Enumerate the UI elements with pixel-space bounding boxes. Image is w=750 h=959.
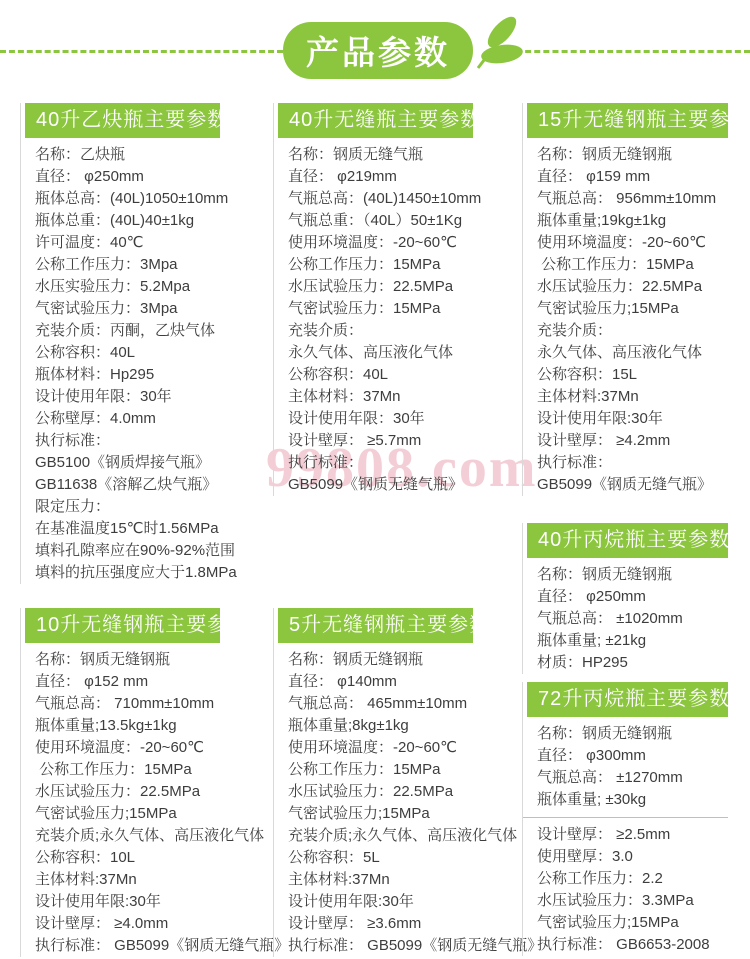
dashed-divider-left bbox=[0, 50, 283, 53]
spec-line: 执行标准： GB5099《钢质无缝气瓶》 bbox=[288, 935, 473, 957]
spec-line: 设计壁厚： ≥4.0mm bbox=[35, 913, 220, 935]
spec-line: 充装介质;永久气体、高压液化气体 bbox=[35, 825, 220, 847]
spec-line: 公称工作压力：2.2 bbox=[537, 868, 728, 890]
spec-line: 材质：HP295 bbox=[537, 652, 728, 674]
spec-line: 名称：钢质无缝钢瓶 bbox=[537, 723, 728, 745]
column-left: 40升乙炔瓶主要参数名称：乙炔瓶直径： φ250mm瓶体总高：(40L)1050… bbox=[20, 103, 220, 957]
spec-block-title: 40升无缝瓶主要参数 bbox=[278, 103, 473, 138]
page-title: 产品参数 bbox=[306, 27, 450, 74]
spec-block-title: 10升无缝钢瓶主要参数 bbox=[25, 608, 220, 643]
spec-line: 设计使用年限：30年 bbox=[288, 408, 473, 430]
spec-line: 公称工作压力：3Mpa bbox=[35, 254, 220, 276]
spec-line: 水压实验压力：5.2Mpa bbox=[35, 276, 220, 298]
spec-line: 气密试验压力;15MPa bbox=[537, 912, 728, 934]
spec-block-body: 名称：钢质无缝气瓶直径： φ219mm气瓶总高：(40L)1450±10mm气瓶… bbox=[274, 138, 473, 496]
spec-line: 公称容积：15L bbox=[537, 364, 728, 386]
spec-line: 名称：钢质无缝钢瓶 bbox=[288, 649, 473, 671]
spec-line: 气瓶总重：（40L）50±1Kg bbox=[288, 210, 473, 232]
spec-line: GB5099《钢质无缝气瓶》 bbox=[537, 474, 728, 496]
page-title-banner: 产品参数 bbox=[283, 22, 473, 79]
spec-line: 充装介质;永久气体、高压液化气体 bbox=[288, 825, 473, 847]
spec-line: 水压试验压力：22.5MPa bbox=[35, 781, 220, 803]
spec-line: 名称：钢质无缝气瓶 bbox=[288, 144, 473, 166]
spec-line: 气密试验压力：15MPa bbox=[288, 298, 473, 320]
spec-line: 直径： φ250mm bbox=[537, 586, 728, 608]
spec-line: 名称：乙炔瓶 bbox=[35, 144, 220, 166]
spec-line: 直径： φ152 mm bbox=[35, 671, 220, 693]
spec-line: 气瓶总高： 956mm±10mm bbox=[537, 188, 728, 210]
spec-line: 瓶体材料：Hp295 bbox=[35, 364, 220, 386]
spec-line: 公称容积：10L bbox=[35, 847, 220, 869]
spec-line: 气密试验压力：3Mpa bbox=[35, 298, 220, 320]
spec-line: 瓶体重量;8kg±1kg bbox=[288, 715, 473, 737]
spec-block: 10升无缝钢瓶主要参数名称：钢质无缝钢瓶直径： φ152 mm气瓶总高： 710… bbox=[20, 608, 220, 957]
spec-line: 气密试验压力;15MPa bbox=[288, 803, 473, 825]
spec-line: 执行标准： bbox=[288, 452, 473, 474]
spec-block-body: 名称：钢质无缝钢瓶直径： φ152 mm气瓶总高： 710mm±10mm瓶体重量… bbox=[21, 643, 220, 957]
spec-block-body: 名称：钢质无缝钢瓶直径： φ140mm气瓶总高： 465mm±10mm瓶体重量;… bbox=[274, 643, 473, 957]
spec-line: GB5100《钢质焊接气瓶》 bbox=[35, 452, 220, 474]
spec-line: GB11638《溶解乙炔气瓶》 bbox=[35, 474, 220, 496]
spec-line: 设计使用年限:30年 bbox=[35, 891, 220, 913]
spec-line: 瓶体总高：(40L)1050±10mm bbox=[35, 188, 220, 210]
section-divider bbox=[523, 817, 728, 818]
spec-line: 许可温度：40℃ bbox=[35, 232, 220, 254]
spec-line: 公称工作压力：15MPa bbox=[288, 759, 473, 781]
spec-line: 设计壁厚： ≥5.7mm bbox=[288, 430, 473, 452]
spec-line: 主体材料：37Mn bbox=[288, 386, 473, 408]
spec-line: 设计使用年限:30年 bbox=[288, 891, 473, 913]
spec-line: 公称容积：5L bbox=[288, 847, 473, 869]
spec-line: 名称：钢质无缝钢瓶 bbox=[537, 564, 728, 586]
spec-line: 直径： φ219mm bbox=[288, 166, 473, 188]
spec-line: 主体材料:37Mn bbox=[288, 869, 473, 891]
spec-line: 水压试验压力：22.5MPa bbox=[288, 781, 473, 803]
spec-block-title: 40升乙炔瓶主要参数 bbox=[25, 103, 220, 138]
spec-line: 瓶体重量; ±21kg bbox=[537, 630, 728, 652]
spec-line: 设计壁厚： ≥2.5mm bbox=[537, 824, 728, 846]
spec-block: 40升乙炔瓶主要参数名称：乙炔瓶直径： φ250mm瓶体总高：(40L)1050… bbox=[20, 103, 220, 584]
spec-line: 设计壁厚： ≥4.2mm bbox=[537, 430, 728, 452]
spec-line: 公称工作压力：15MPa bbox=[35, 759, 220, 781]
spec-block-title: 72升丙烷瓶主要参数 bbox=[527, 682, 728, 717]
spec-line: 公称容积：40L bbox=[288, 364, 473, 386]
spec-line: GB5099《钢质无缝气瓶》 bbox=[288, 474, 473, 496]
spec-line: 直径： φ140mm bbox=[288, 671, 473, 693]
spec-line: 填料的抗压强度应大于1.8MPa bbox=[35, 562, 220, 584]
spec-line: 使用环境温度：-20~60℃ bbox=[288, 232, 473, 254]
spec-line: 永久气体、高压液化气体 bbox=[537, 342, 728, 364]
spec-block: 15升无缝钢瓶主要参数名称：钢质无缝钢瓶直径： φ159 mm气瓶总高： 956… bbox=[522, 103, 728, 496]
spec-block-body: 名称：钢质无缝钢瓶直径： φ159 mm气瓶总高： 956mm±10mm瓶体重量… bbox=[523, 138, 728, 496]
spec-block-title: 15升无缝钢瓶主要参数 bbox=[527, 103, 728, 138]
spec-line: 执行标准： GB5099《钢质无缝气瓶》 bbox=[35, 935, 220, 957]
spec-line: 执行标准： bbox=[35, 430, 220, 452]
spec-line: 瓶体重量;19kg±1kg bbox=[537, 210, 728, 232]
spec-line: 充装介质： bbox=[537, 320, 728, 342]
spec-block: 40升无缝瓶主要参数名称：钢质无缝气瓶直径： φ219mm气瓶总高：(40L)1… bbox=[273, 103, 473, 496]
spec-block: 72升丙烷瓶主要参数名称：钢质无缝钢瓶直径： φ300mm气瓶总高： ±1270… bbox=[522, 682, 728, 956]
spec-line: 瓶体重量; ±30kg bbox=[537, 789, 728, 811]
spec-line: 主体材料:37Mn bbox=[537, 386, 728, 408]
spec-block-title: 5升无缝钢瓶主要参数 bbox=[278, 608, 473, 643]
spec-block-body: 名称：钢质无缝钢瓶直径： φ250mm气瓶总高： ±1020mm瓶体重量; ±2… bbox=[523, 558, 728, 674]
spec-line: 瓶体总重：(40L)40±1kg bbox=[35, 210, 220, 232]
spec-line: 设计使用年限:30年 bbox=[537, 408, 728, 430]
spec-line: 充装介质： bbox=[288, 320, 473, 342]
spec-line: 执行标准： GB6653-2008 bbox=[537, 934, 728, 956]
spec-line: 公称容积：40L bbox=[35, 342, 220, 364]
spec-line: 使用壁厚：3.0 bbox=[537, 846, 728, 868]
spec-line: 气瓶总高： 465mm±10mm bbox=[288, 693, 473, 715]
spec-line: 直径： φ300mm bbox=[537, 745, 728, 767]
dashed-divider-right bbox=[516, 50, 750, 53]
spec-line: 主体材料:37Mn bbox=[35, 869, 220, 891]
spec-block: 40升丙烷瓶主要参数名称：钢质无缝钢瓶直径： φ250mm气瓶总高： ±1020… bbox=[522, 523, 728, 674]
spec-line: 气密试验压力;15MPa bbox=[35, 803, 220, 825]
spec-line: 直径： φ250mm bbox=[35, 166, 220, 188]
spec-line: 水压试验压力：22.5MPa bbox=[537, 276, 728, 298]
leaf-icon bbox=[470, 6, 534, 83]
spec-line: 气瓶总高： ±1270mm bbox=[537, 767, 728, 789]
spec-block-body: 名称：钢质无缝钢瓶直径： φ300mm气瓶总高： ±1270mm瓶体重量; ±3… bbox=[523, 717, 728, 956]
spec-line: 使用环境温度：-20~60℃ bbox=[537, 232, 728, 254]
spec-line: 名称：钢质无缝钢瓶 bbox=[537, 144, 728, 166]
column-right: 15升无缝钢瓶主要参数名称：钢质无缝钢瓶直径： φ159 mm气瓶总高： 956… bbox=[522, 103, 728, 956]
spec-block-body: 名称：乙炔瓶直径： φ250mm瓶体总高：(40L)1050±10mm瓶体总重：… bbox=[21, 138, 220, 584]
spec-line: 水压试验压力：22.5MPa bbox=[288, 276, 473, 298]
spec-line: 气密试验压力;15MPa bbox=[537, 298, 728, 320]
spec-line: 水压试验压力：3.3MPa bbox=[537, 890, 728, 912]
spec-line: 使用环境温度：-20~60℃ bbox=[288, 737, 473, 759]
spec-block: 5升无缝钢瓶主要参数名称：钢质无缝钢瓶直径： φ140mm气瓶总高： 465mm… bbox=[273, 608, 473, 957]
spec-line: 瓶体重量;13.5kg±1kg bbox=[35, 715, 220, 737]
spec-line: 在基准温度15℃时1.56MPa bbox=[35, 518, 220, 540]
column-middle: 40升无缝瓶主要参数名称：钢质无缝气瓶直径： φ219mm气瓶总高：(40L)1… bbox=[273, 103, 473, 957]
spec-line: 永久气体、高压液化气体 bbox=[288, 342, 473, 364]
spec-line: 气瓶总高： 710mm±10mm bbox=[35, 693, 220, 715]
spec-line: 充装介质：丙酮，乙炔气体 bbox=[35, 320, 220, 342]
spec-line: 设计壁厚： ≥3.6mm bbox=[288, 913, 473, 935]
spec-line: 气瓶总高： ±1020mm bbox=[537, 608, 728, 630]
spec-block-title: 40升丙烷瓶主要参数 bbox=[527, 523, 728, 558]
spec-line: 公称工作压力：15MPa bbox=[537, 254, 728, 276]
spec-line: 填料孔隙率应在90%-92%范围 bbox=[35, 540, 220, 562]
spec-line: 公称工作压力：15MPa bbox=[288, 254, 473, 276]
spec-line: 设计使用年限：30年 bbox=[35, 386, 220, 408]
spec-line: 使用环境温度：-20~60℃ bbox=[35, 737, 220, 759]
spec-line: 限定压力： bbox=[35, 496, 220, 518]
spec-line: 名称：钢质无缝钢瓶 bbox=[35, 649, 220, 671]
spec-line: 执行标准： bbox=[537, 452, 728, 474]
spec-line: 直径： φ159 mm bbox=[537, 166, 728, 188]
spec-line: 气瓶总高：(40L)1450±10mm bbox=[288, 188, 473, 210]
spec-line: 公称壁厚：4.0mm bbox=[35, 408, 220, 430]
